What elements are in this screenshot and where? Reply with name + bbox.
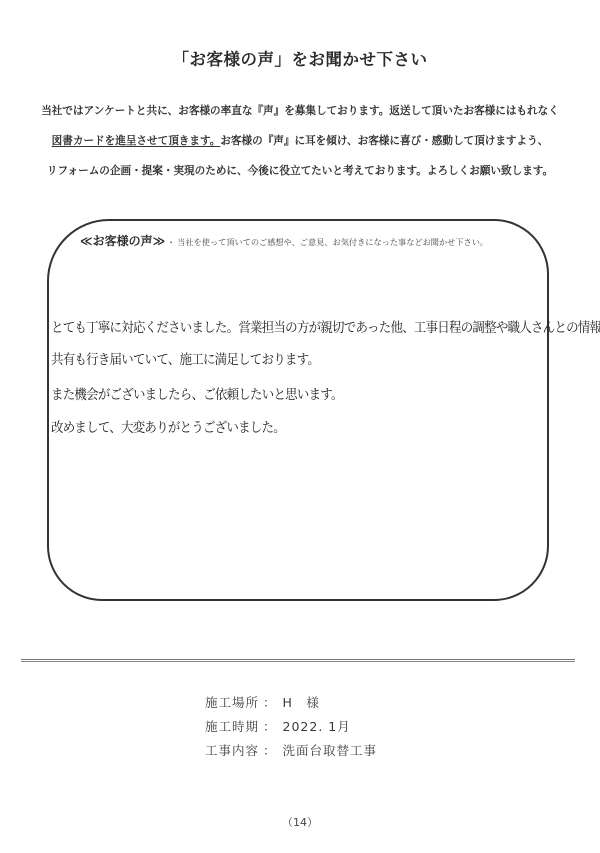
customer-comment-line: また機会がございましたら、ご依頼したいと思います。 (51, 384, 511, 403)
customer-comment-line: 改めまして、大変ありがとうございました。 (51, 417, 511, 436)
intro-line-2: 図書カードを進呈させて頂きます。お客様の『声』に耳を傾け、お客様に喜び・感動して… (0, 133, 600, 148)
separator: ： (263, 743, 277, 758)
customer-comment-line: 共有も行き届いていて、施工に満足しております。 (51, 349, 511, 368)
voice-box-label: ≪お客様の声≫ (80, 234, 165, 248)
work-value: 洗面台取替工事 (283, 743, 378, 758)
intro-emphasis: 図書カードを進呈させて頂きます。 (52, 135, 221, 147)
bullet-icon: ・ (167, 238, 175, 247)
separator: ： (263, 719, 277, 734)
location-value: H 様 (283, 695, 320, 710)
intro-line-3: リフォームの企画・提案・実現のために、今後に役立てたいと考えております。よろしく… (0, 163, 600, 178)
page-title: 「お客様の声」をお聞かせ下さい (0, 46, 600, 70)
work-label: 工事内容 (205, 743, 259, 758)
info-row-work: 工事内容：洗面台取替工事 (205, 741, 377, 759)
info-row-period: 施工時期：2022. 1月 (205, 717, 351, 735)
voice-box-header: ≪お客様の声≫・当社を使って頂いてのご感想や、ご意見、お気付きになった事などお聞… (80, 232, 540, 249)
customer-comment-line: とても丁寧に対応くださいました。営業担当の方が親切であった他、工事日程の調整や職… (51, 317, 511, 336)
period-label: 施工時期 (205, 719, 259, 734)
separator: ： (263, 695, 277, 710)
voice-box-prompt: 当社を使って頂いてのご感想や、ご意見、お気付きになった事などお聞かせ下さい。 (177, 237, 488, 247)
intro-line-2-rest: お客様の『声』に耳を傾け、お客様に喜び・感動して頂けますよう、 (220, 135, 548, 147)
page-number: （14） (0, 814, 600, 830)
info-row-location: 施工場所：H 様 (205, 693, 320, 711)
location-label: 施工場所 (205, 695, 259, 710)
section-divider (21, 659, 575, 662)
period-value: 2022. 1月 (283, 719, 351, 734)
intro-line-1: 当社ではアンケートと共に、お客様の率直な『声』を募集しております。返送して頂いた… (0, 103, 600, 118)
customer-voice-box (47, 219, 549, 601)
